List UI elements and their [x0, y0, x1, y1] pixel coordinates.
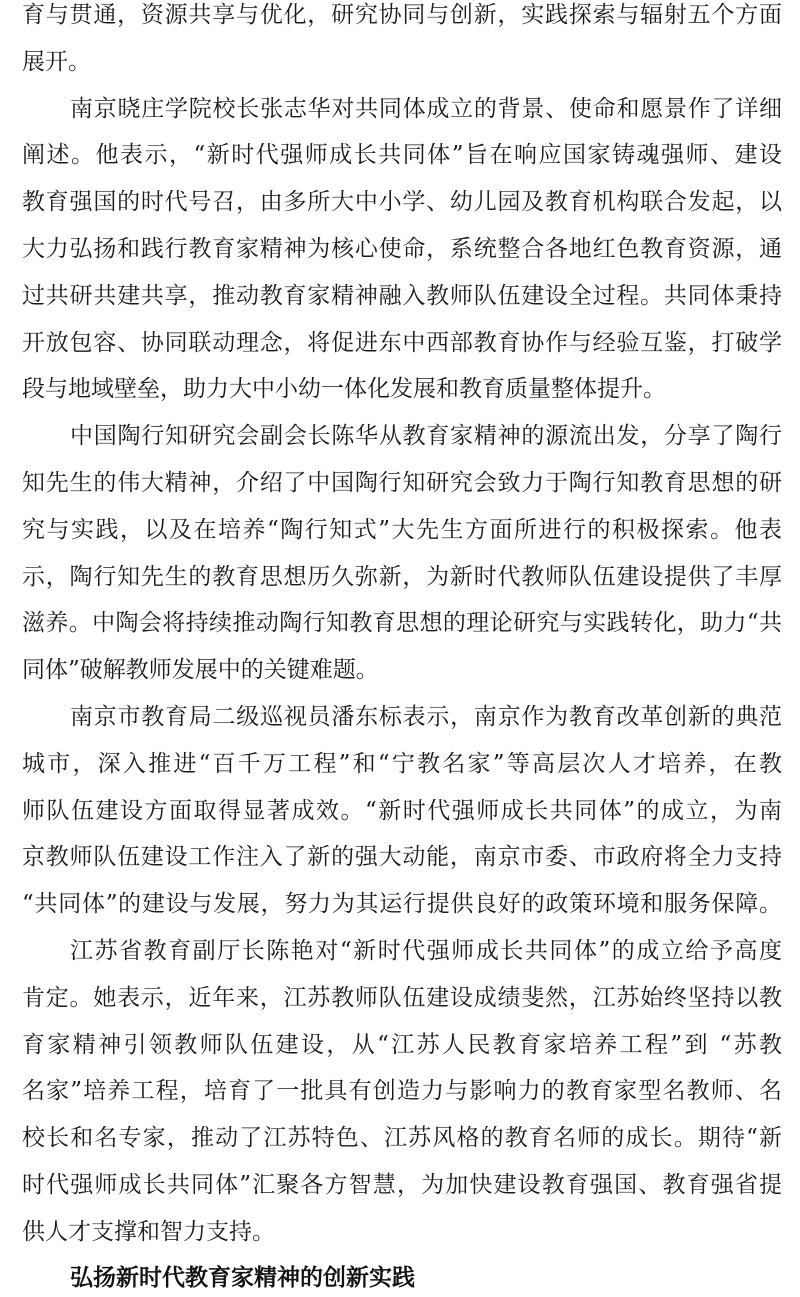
text-line: 过共研共建共享，推动教育家精神融入教师队伍建设全过程。共同体秉持 — [22, 281, 782, 311]
article-page: 育与贯通，资源共享与优化，研究协同与创新，实践探索与辐射五个方面 展开。 南京晓… — [0, 0, 800, 1297]
text-line: 教育强国的时代号召，由多所大中小学、幼儿园及教育机构联合发起，以 — [22, 187, 782, 217]
text-line: 肯定。她表示，近年来，江苏教师队伍建设成绩斐然，江苏始终坚持以教 — [22, 983, 782, 1013]
section-heading: 弘扬新时代教育家精神的创新实践 — [70, 1263, 782, 1293]
text-line: “共同体”的建设与发展，努力为其运行提供良好的政策环境和服务保障。 — [22, 889, 782, 919]
text-line: 时代强师成长共同体”汇聚各方智慧，为加快建设教育强国、教育强省提 — [22, 1170, 782, 1200]
text-line: 滋养。中陶会将持续推动陶行知教育思想的理论研究与实践转化，助力“共 — [22, 608, 782, 638]
text-line: 育与贯通，资源共享与优化，研究协同与创新，实践探索与辐射五个方面 — [22, 0, 782, 30]
text-line: 段与地域壁垒，助力大中小幼一体化发展和教育质量整体提升。 — [22, 374, 782, 404]
text-line: 城市，深入推进“百千万工程”和“宁教名家”等高层次人才培养，在教 — [22, 749, 782, 779]
text-line: 究与实践，以及在培养“陶行知式”大先生方面所进行的积极探索。他表 — [22, 515, 782, 545]
text-line: 同体”破解教师发展中的关键难题。 — [22, 655, 782, 685]
text-line: 中国陶行知研究会副会长陈华从教育家精神的源流出发，分享了陶行 — [70, 421, 782, 451]
text-line: 大力弘扬和践行教育家精神为核心使命，系统整合各地红色教育资源，通 — [22, 234, 782, 264]
text-line: 开放包容、协同联动理念，将促进东中西部教育协作与经验互鉴，打破学 — [22, 328, 782, 358]
text-line: 展开。 — [22, 47, 782, 77]
text-line: 南京晓庄学院校长张志华对共同体成立的背景、使命和愿景作了详细 — [70, 94, 782, 124]
text-line: 示，陶行知先生的教育思想历久弥新，为新时代教师队伍建设提供了丰厚 — [22, 562, 782, 592]
text-line: 名家”培养工程，培育了一批具有创造力与影响力的教育家型名教师、名 — [22, 1076, 782, 1106]
text-line: 师队伍建设方面取得显著成效。“新时代强师成长共同体”的成立，为南 — [22, 796, 782, 826]
text-line: 知先生的伟大精神，介绍了中国陶行知研究会致力于陶行知教育思想的研 — [22, 468, 782, 498]
text-line: 阐述。他表示，“新时代强师成长共同体”旨在响应国家铸魂强师、建设 — [22, 140, 782, 170]
text-line: 京教师队伍建设工作注入了新的强大动能，南京市委、市政府将全力支持 — [22, 842, 782, 872]
text-line: 供人才支撑和智力支持。 — [22, 1217, 782, 1247]
text-line: 校长和名专家，推动了江苏特色、江苏风格的教育名师的成长。期待“新 — [22, 1123, 782, 1153]
text-line: 江苏省教育副厅长陈艳对“新时代强师成长共同体”的成立给予高度 — [70, 936, 782, 966]
text-line: 育家精神引领教师队伍建设，从“江苏人民教育家培养工程”到 “苏教 — [22, 1030, 782, 1060]
text-line: 南京市教育局二级巡视员潘东标表示，南京作为教育改革创新的典范 — [70, 702, 782, 732]
